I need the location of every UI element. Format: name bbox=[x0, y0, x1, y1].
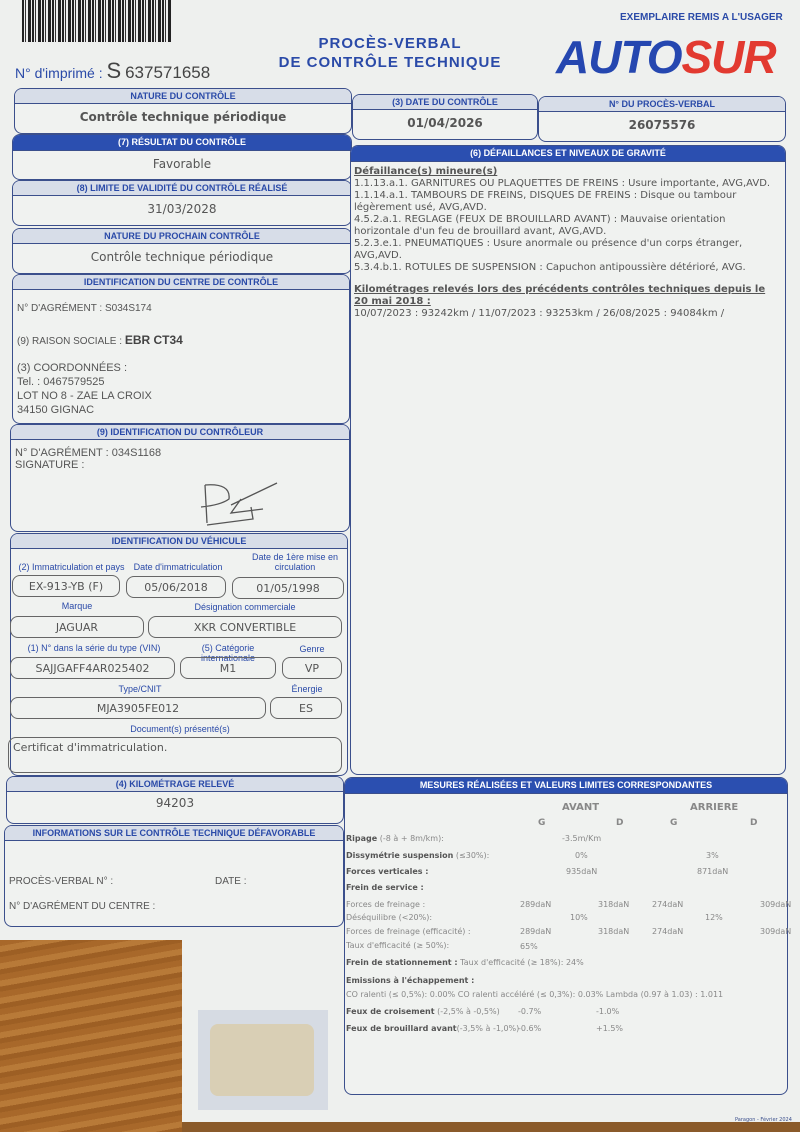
resultat-box: (7) RÉSULTAT DU CONTRÔLE Favorable bbox=[12, 134, 352, 180]
deseq-label: Déséquilibre (<20%): bbox=[346, 913, 432, 922]
freinage-eff-avg: 289daN bbox=[520, 927, 551, 936]
title-line1: PROCÈS-VERBAL bbox=[270, 34, 510, 53]
documents-label: Document(s) présenté(s) bbox=[40, 724, 320, 734]
footer-note: Paragon - Février 2024 bbox=[735, 1117, 792, 1123]
controleur-box: (9) IDENTIFICATION DU CONTRÔLEUR N° D'AG… bbox=[10, 424, 350, 532]
defaillances-content: Défaillance(s) mineure(s) 1.1.13.a.1. GA… bbox=[351, 162, 785, 320]
defavorable-agrement-label: N° D'AGRÉMENT DU CENTRE : bbox=[9, 901, 155, 912]
vin-label: (1) N° dans la série du type (VIN) bbox=[14, 643, 174, 653]
freinage-avd: 318daN bbox=[598, 900, 629, 909]
window-frame bbox=[198, 1010, 328, 1110]
prochain-value: Contrôle technique périodique bbox=[13, 244, 351, 264]
forces-v-avant: 935daN bbox=[566, 867, 597, 876]
wood-table-background bbox=[0, 940, 182, 1132]
categorie-field: M1 bbox=[180, 657, 276, 679]
defaillances-header: (6) DÉFAILLANCES ET NIVEAUX DE GRAVITÉ bbox=[351, 146, 785, 162]
centre-tel: Tel. : 0467579525 bbox=[17, 375, 152, 389]
avant-header: AVANT bbox=[562, 802, 599, 813]
brouillard-row: Feux de brouillard avant(-3,5% à -1,0%) bbox=[346, 1024, 519, 1033]
signature-mark bbox=[191, 475, 291, 535]
date-controle-box: (3) DATE DU CONTRÔLE 01/04/2026 bbox=[352, 94, 538, 140]
freinage-ard: 309daN bbox=[760, 900, 791, 909]
croisement-g: -0.7% bbox=[518, 1007, 541, 1016]
defaillances-category: Défaillance(s) mineure(s) bbox=[354, 166, 781, 178]
defavorable-date-label: DATE : bbox=[215, 876, 246, 887]
date-immat-label: Date d'immatriculation bbox=[128, 562, 228, 572]
km-history-values: 10/07/2023 : 93242km / 11/07/2023 : 9325… bbox=[354, 308, 781, 320]
centre-box: IDENTIFICATION DU CENTRE DE CONTRÔLE N° … bbox=[12, 274, 350, 424]
kilometrage-box: (4) KILOMÉTRAGE RELEVÉ 94203 bbox=[6, 776, 344, 824]
mesures-header: MESURES RÉALISÉES ET VALEURS LIMITES COR… bbox=[345, 778, 787, 794]
ripage-row: Ripage (-8 à + 8m/km): bbox=[346, 834, 444, 843]
defaillances-list: 1.1.13.a.1. GARNITURES OU PLAQUETTES DE … bbox=[354, 178, 781, 274]
resultat-value: Favorable bbox=[13, 151, 351, 171]
avant-g: G bbox=[538, 818, 545, 828]
freinage-avg: 289daN bbox=[520, 900, 551, 909]
nature-controle-header: NATURE DU CONTRÔLE bbox=[15, 89, 351, 104]
deseq-arriere: 12% bbox=[705, 913, 723, 922]
validite-header: (8) LIMITE DE VALIDITÉ DU CONTRÔLE RÉALI… bbox=[13, 181, 351, 196]
brouillard-limit: (-3,5% à -1,0%) bbox=[457, 1024, 520, 1033]
centre-agrement-value: S034S174 bbox=[105, 303, 152, 314]
dissym-row: Dissymétrie suspension (≤30%): bbox=[346, 851, 489, 860]
freinage-eff-label: Forces de freinage (efficacité) : bbox=[346, 927, 471, 936]
window-cutout bbox=[210, 1024, 314, 1096]
defaillance-item: 5.3.4.b.1. ROTULES DE SUSPENSION : Capuc… bbox=[354, 262, 781, 274]
centre-coord-label: (3) COORDONNÉES : bbox=[17, 361, 152, 375]
controleur-agrement-label: N° D'AGRÉMENT : bbox=[15, 447, 109, 459]
pv-number-value: 26075576 bbox=[539, 112, 785, 132]
centre-agrement-label: N° D'AGRÉMENT : bbox=[17, 303, 102, 314]
croisement-limit: (-2,5% à -0,5%) bbox=[437, 1007, 500, 1016]
dissym-limit: (≤30%): bbox=[456, 851, 489, 860]
designation-field: XKR CONVERTIBLE bbox=[148, 616, 342, 638]
marque-label: Marque bbox=[12, 601, 142, 611]
freinage-arg: 274daN bbox=[652, 900, 683, 909]
freinage-eff-avd: 318daN bbox=[598, 927, 629, 936]
defaillance-item: 4.5.2.a.1. REGLAGE (FEUX DE BROUILLARD A… bbox=[354, 214, 781, 238]
emissions-label: Emissions à l'échappement : bbox=[346, 976, 474, 985]
brouillard-label: Feux de brouillard avant bbox=[346, 1024, 457, 1033]
freinage-eff-arg: 274daN bbox=[652, 927, 683, 936]
dissym-arriere: 3% bbox=[706, 851, 719, 860]
type-field: MJA3905FE012 bbox=[10, 697, 266, 719]
forces-v-label: Forces verticales : bbox=[346, 867, 429, 876]
defavorable-box: INFORMATIONS SUR LE CONTRÔLE TECHNIQUE D… bbox=[4, 825, 344, 927]
defaillance-item: 1.1.13.a.1. GARNITURES OU PLAQUETTES DE … bbox=[354, 178, 781, 190]
km-history-title: Kilométrages relevés lors des précédents… bbox=[354, 284, 781, 308]
premiere-label: Date de 1ère mise en circulation bbox=[240, 552, 350, 572]
centre-raison-value: EBR CT34 bbox=[125, 333, 183, 347]
marque-field: JAGUAR bbox=[10, 616, 144, 638]
controleur-header: (9) IDENTIFICATION DU CONTRÔLEUR bbox=[11, 425, 349, 440]
vehicule-header: IDENTIFICATION DU VÉHICULE bbox=[11, 534, 347, 549]
date-controle-header: (3) DATE DU CONTRÔLE bbox=[353, 95, 537, 110]
genre-label: Genre bbox=[282, 644, 342, 654]
logo-auto: AUTO bbox=[556, 31, 682, 83]
kilometrage-header: (4) KILOMÉTRAGE RELEVÉ bbox=[7, 777, 343, 792]
croisement-label: Feux de croisement bbox=[346, 1007, 435, 1016]
defavorable-pv-label: PROCÈS-VERBAL N° : bbox=[9, 876, 113, 887]
arriere-g: G bbox=[670, 818, 677, 828]
defaillances-box: (6) DÉFAILLANCES ET NIVEAUX DE GRAVITÉ D… bbox=[350, 145, 786, 775]
immat-field: EX-913-YB (F) bbox=[12, 575, 120, 597]
title-line2: DE CONTRÔLE TECHNIQUE bbox=[270, 53, 510, 72]
logo-sur: SUR bbox=[682, 31, 776, 83]
centre-raison-label: (9) RAISON SOCIALE : bbox=[17, 336, 122, 347]
wood-table-edge bbox=[182, 1122, 800, 1132]
mesures-box: MESURES RÉALISÉES ET VALEURS LIMITES COR… bbox=[344, 777, 788, 1095]
ripage-label: Ripage bbox=[346, 834, 377, 843]
date-controle-value: 01/04/2026 bbox=[353, 110, 537, 130]
taux-value: 65% bbox=[520, 942, 538, 951]
controleur-agrement-value: 034S1168 bbox=[112, 447, 161, 459]
nature-controle-value: Contrôle technique périodique bbox=[15, 104, 351, 124]
forces-v-arriere: 871daN bbox=[697, 867, 728, 876]
imprime-prefix: S bbox=[107, 58, 122, 83]
ripage-value: -3.5m/Km bbox=[562, 834, 601, 843]
document-title: PROCÈS-VERBAL DE CONTRÔLE TECHNIQUE bbox=[270, 34, 510, 72]
controleur-info: N° D'AGRÉMENT : 034S1168 SIGNATURE : bbox=[15, 447, 161, 471]
barcode bbox=[22, 0, 172, 42]
taux-label: Taux d'efficacité (≥ 50%): bbox=[346, 941, 449, 950]
emissions-values: CO ralenti (≤ 0,5%): 0.00% CO ralenti ac… bbox=[346, 990, 723, 999]
premiere-field: 01/05/1998 bbox=[232, 577, 344, 599]
centre-address1: LOT NO 8 - ZAE LA CROIX bbox=[17, 389, 152, 403]
imprime-value: 637571658 bbox=[125, 63, 210, 82]
freinage-label: Forces de freinage : bbox=[346, 900, 425, 909]
avant-d: D bbox=[616, 818, 623, 828]
defavorable-header: INFORMATIONS SUR LE CONTRÔLE TECHNIQUE D… bbox=[5, 826, 343, 841]
resultat-header: (7) RÉSULTAT DU CONTRÔLE bbox=[13, 135, 351, 151]
centre-address2: 34150 GIGNAC bbox=[17, 403, 152, 417]
imprime-number: N° d'imprimé : S 637571658 bbox=[15, 58, 210, 84]
prochain-box: NATURE DU PROCHAIN CONTRÔLE Contrôle tec… bbox=[12, 228, 352, 274]
freinage-eff-ard: 309daN bbox=[760, 927, 791, 936]
croisement-row: Feux de croisement (-2,5% à -0,5%) bbox=[346, 1007, 500, 1016]
arriere-header: ARRIERE bbox=[690, 802, 738, 813]
imprime-label: N° d'imprimé : bbox=[15, 65, 103, 81]
brouillard-g: -0.6% bbox=[518, 1024, 541, 1033]
kilometrage-value: 94203 bbox=[7, 792, 343, 810]
exemplaire-label: EXEMPLAIRE REMIS A L'USAGER bbox=[620, 12, 783, 23]
stationnement-row: Frein de stationnement : Taux d'efficaci… bbox=[346, 958, 584, 967]
dissym-label: Dissymétrie suspension bbox=[346, 851, 453, 860]
deseq-avant: 10% bbox=[570, 913, 588, 922]
defaillance-item: 5.2.3.e.1. PNEUMATIQUES : Usure anormale… bbox=[354, 238, 781, 262]
autosur-logo: AUTOSUR bbox=[556, 30, 776, 84]
validite-value: 31/03/2028 bbox=[13, 196, 351, 216]
pv-number-header: N° DU PROCÈS-VERBAL bbox=[539, 97, 785, 112]
centre-agrement: N° D'AGRÉMENT : S034S174 bbox=[17, 303, 152, 314]
dissym-avant: 0% bbox=[575, 851, 588, 860]
brouillard-d: +1.5% bbox=[596, 1024, 623, 1033]
arriere-d: D bbox=[750, 818, 757, 828]
date-immat-field: 05/06/2018 bbox=[126, 576, 226, 598]
pv-number-box: N° DU PROCÈS-VERBAL 26075576 bbox=[538, 96, 786, 142]
frein-service-label: Frein de service : bbox=[346, 883, 424, 892]
validite-box: (8) LIMITE DE VALIDITÉ DU CONTRÔLE RÉALI… bbox=[12, 180, 352, 226]
defaillance-item: 1.1.14.a.1. TAMBOURS DE FREINS, DISQUES … bbox=[354, 190, 781, 214]
ripage-limit: (-8 à + 8m/km): bbox=[380, 834, 444, 843]
signature-label: SIGNATURE : bbox=[15, 459, 161, 471]
energie-label: Énergie bbox=[272, 684, 342, 694]
stationnement-value: Taux d'efficacité (≥ 18%): 24% bbox=[460, 958, 584, 967]
nature-controle-box: NATURE DU CONTRÔLE Contrôle technique pé… bbox=[14, 88, 352, 134]
prochain-header: NATURE DU PROCHAIN CONTRÔLE bbox=[13, 229, 351, 244]
croisement-d: -1.0% bbox=[596, 1007, 619, 1016]
designation-label: Désignation commerciale bbox=[150, 602, 340, 612]
stationnement-label: Frein de stationnement : bbox=[346, 958, 458, 967]
centre-raison: (9) RAISON SOCIALE : EBR CT34 bbox=[17, 333, 183, 347]
centre-header: IDENTIFICATION DU CENTRE DE CONTRÔLE bbox=[13, 275, 349, 290]
type-label: Type/CNIT bbox=[40, 684, 240, 694]
immat-label: (2) Immatriculation et pays bbox=[14, 562, 129, 572]
genre-field: VP bbox=[282, 657, 342, 679]
centre-coordonnees: (3) COORDONNÉES : Tel. : 0467579525 LOT … bbox=[17, 361, 152, 417]
energie-field: ES bbox=[270, 697, 342, 719]
documents-field: Certificat d'immatriculation. bbox=[8, 737, 342, 773]
vin-field: SAJJGAFF4AR025402 bbox=[10, 657, 175, 679]
